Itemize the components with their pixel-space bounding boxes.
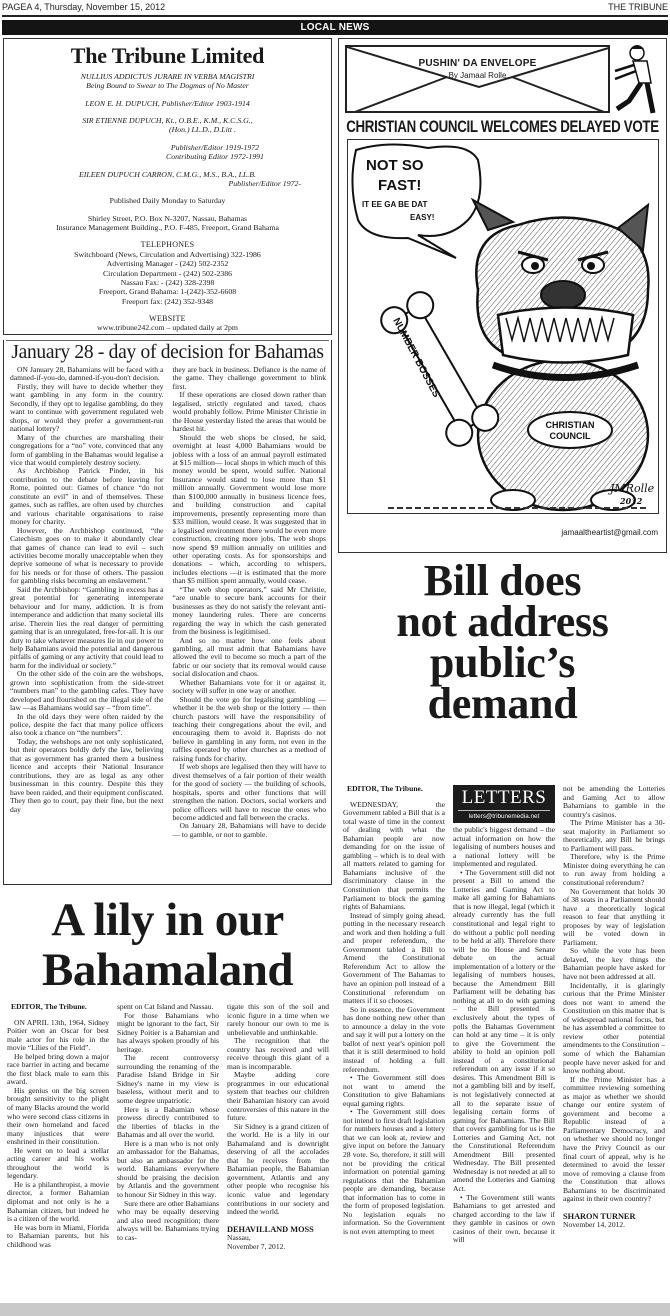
- address-nassau: Shirley Street, P.O. Box N-3207, Nassau,…: [4, 214, 331, 223]
- editorial-headline: January 28 - day of decision for Bahamas: [4, 341, 331, 365]
- page-bottom-bar: [0, 1303, 670, 1316]
- lily-letter-column-2: spent on Cat Island and Nassau. For thos…: [117, 1003, 219, 1251]
- paragraph: If the Prime Minister has a committee re…: [563, 1076, 665, 1204]
- headline-line: A lily in our: [0, 895, 335, 945]
- lily-letter-column-1: EDITOR, The Tribune. ON APRIL 13th, 1964…: [7, 1003, 109, 1251]
- paragraph: On January 28, Bahamians will have to de…: [173, 822, 327, 839]
- paragraph: The recent controversy surrounding the r…: [117, 1054, 219, 1105]
- envelope-icon: [347, 47, 610, 113]
- second-editor-degrees: (Hon.) LL.D., D.Litt .: [4, 125, 331, 134]
- editorial-column-2: they are back in business. Defiance is t…: [173, 366, 327, 839]
- phone-line: Freeport, Grand Bahama: 1-(242)-352-6608: [4, 287, 331, 296]
- website-link[interactable]: www.tribune242.com – updated daily at 2p…: [4, 323, 331, 332]
- letter-date: November 14, 2012.: [563, 1221, 665, 1230]
- paragraph: For those Bahamians who might be ignoran…: [117, 1012, 219, 1055]
- bill-letter-column-3: not be amending the Lotteries and Gaming…: [563, 785, 665, 1245]
- paragraph: Today, the webshops are not only sophist…: [10, 738, 164, 814]
- paragraph: Said the Archbishop: “Gambling in excess…: [10, 586, 164, 671]
- paragraph: Many of the churches are marshaling thei…: [10, 434, 164, 468]
- dog-label-line: COUNCIL: [550, 431, 591, 441]
- bill-letter-column-2: LETTERS letters@tribunemedia.net the pub…: [453, 785, 555, 1245]
- paragraph: tigate this son of the soil and iconic f…: [227, 1003, 329, 1037]
- speech-text-line: IT EE GA BE DAT: [362, 200, 427, 209]
- dog-label-line: CHRISTIAN: [546, 420, 595, 430]
- header-rule: [2, 15, 668, 17]
- folio-date: PAGEA 4, Thursday, November 15, 2012: [2, 2, 165, 14]
- paragraph: The recognition that the country has rec…: [227, 1037, 329, 1071]
- paragraph: So while the vote has been delayed, the …: [563, 947, 665, 981]
- letter-salutation: EDITOR, The Tribune.: [347, 785, 445, 794]
- paragraph: On the other side of the coin are the we…: [10, 670, 164, 712]
- publishing-schedule: Published Daily Monday to Saturday: [4, 196, 331, 205]
- paragraph: ON APRIL 13th, 1964, Sidney Poitier won …: [7, 1019, 109, 1053]
- paragraph: • The Government still does not want to …: [343, 1074, 445, 1108]
- paragraph: Here is a Bahamian whose prowess directl…: [117, 1106, 219, 1140]
- website-heading: WEBSITE: [4, 314, 331, 324]
- address-freeport: Insurance Management Building., P.O. F-4…: [4, 223, 331, 232]
- paragraph: not be amending the Lotteries and Gaming…: [563, 785, 665, 819]
- pushing-man-icon: [609, 43, 661, 115]
- paragraph: If web shops are legalised then they wil…: [173, 763, 327, 822]
- phone-line: Switchboard (News, Circulation and Adver…: [4, 250, 331, 259]
- paragraph: WEDNESDAY, the Government tabled a Bill …: [343, 801, 445, 912]
- paragraph: • The Government still does not intend t…: [343, 1108, 445, 1236]
- paragraph: He was born in Miami, Florida to Bahamia…: [7, 1224, 109, 1250]
- section-banner: LOCAL NEWS: [2, 20, 668, 35]
- envelope-banner: PUSHIN' DA ENVELOPE By Jamaal Rolle: [345, 45, 610, 113]
- speech-text-line: NOT SO: [366, 157, 424, 174]
- motto-translation: Being Bound to Swear to The Dogmas of No…: [4, 81, 331, 90]
- paragraph: Whether Bahamians vote for it or against…: [173, 679, 327, 696]
- telephones-heading: TELEPHONES: [4, 240, 331, 250]
- letter-salutation: EDITOR, The Tribune.: [11, 1003, 109, 1012]
- second-editor-role-1: Publisher/Editor 1919-1972: [4, 143, 331, 152]
- paragraph: Maybe adding core programmes in our educ…: [227, 1071, 329, 1122]
- paragraph: The Prime Minister has a 30-seat majorit…: [563, 819, 665, 853]
- paragraph: He helped bring down a major race barrie…: [7, 1053, 109, 1087]
- current-editor-role: Publisher/Editor 1972-: [4, 179, 331, 188]
- artist-signature: JMRolle: [608, 482, 655, 495]
- headline-line: Bahamaland: [0, 945, 335, 995]
- letter-date: November 7, 2012.: [227, 1243, 329, 1252]
- lily-letter-headline: A lily in our Bahamaland: [0, 895, 335, 995]
- headline-line: public’s: [335, 642, 670, 683]
- paragraph: Firstly, they will have to decide whethe…: [10, 383, 164, 434]
- lily-letter-body: EDITOR, The Tribune. ON APRIL 13th, 1964…: [7, 1003, 329, 1251]
- bill-letter-headline: Bill does not address public’s demand: [335, 560, 670, 724]
- paragraph: Sure there are other Bahamians who may b…: [117, 1200, 219, 1243]
- paragraph: And so no matter how one feels about gam…: [173, 637, 327, 679]
- paragraph: Incidentally, it is glaringly curious th…: [563, 982, 665, 1076]
- paper-name: THE TRIBUNE: [608, 2, 668, 14]
- phone-line: Nassau Fax: - (242) 328-2398: [4, 278, 331, 287]
- masthead-title: The Tribune Limited: [4, 44, 331, 67]
- paragraph: His genius on the big screen brought sen…: [7, 1087, 109, 1147]
- page-folio: PAGEA 4, Thursday, November 15, 2012 THE…: [2, 2, 668, 14]
- paragraph: No Government that holds 30 of 38 seats …: [563, 888, 665, 948]
- paragraph: Should the vote go for legalising gambli…: [173, 696, 327, 764]
- paragraph: However, the Archbishop continued, “the …: [10, 527, 164, 586]
- founder-line: LEON E. H. DUPUCH, Publisher/Editor 1903…: [4, 99, 331, 108]
- cartoon-box: PUSHIN' DA ENVELOPE By Jamaal Rolle CHRI…: [338, 38, 667, 553]
- phone-line: Advertising Manager - (242) 502-2352: [4, 259, 331, 268]
- speech-text-line: EASY!: [410, 213, 434, 222]
- paragraph: Sir Sidney is a grand citizen of the wor…: [227, 1123, 329, 1217]
- masthead-box: The Tribune Limited NULLIUS ADDICTUS JUR…: [3, 38, 332, 335]
- letters-email[interactable]: letters@tribunemedia.net: [456, 813, 552, 821]
- motto: NULLIUS ADDICTUS JURARE IN VERBA MAGISTR…: [4, 72, 331, 81]
- headline-line: demand: [335, 683, 670, 724]
- artist-email[interactable]: jamaaltheartist@gmail.com: [561, 528, 658, 537]
- headline-line: not address: [335, 601, 670, 642]
- bill-letter-body: EDITOR, The Tribune. WEDNESDAY, the Gove…: [343, 785, 665, 1245]
- signature-year: 2012: [619, 496, 643, 506]
- paragraph: Instead of simply going ahead, putting i…: [343, 912, 445, 1006]
- letters-logo-rule: [458, 810, 550, 811]
- paragraph: the public's biggest demand – the actual…: [453, 826, 555, 869]
- phone-line: Freeport fax: (242) 352-9348: [4, 297, 331, 306]
- bulldog-illustration-icon: NOT SO FAST! IT EE GA BE DAT EASY! NUMBE…: [348, 140, 659, 514]
- lily-letter-column-3: tigate this son of the soil and iconic f…: [227, 1003, 329, 1251]
- phone-line: Circulation Department - (242) 502-2386: [4, 269, 331, 278]
- bill-letter-column-1: EDITOR, The Tribune. WEDNESDAY, the Gove…: [343, 785, 445, 1245]
- editorial-column-1: ON January 28, Bahamians will be faced w…: [10, 366, 164, 839]
- letters-logo-text: LETTERS: [456, 788, 552, 808]
- second-editor-name: SIR ETIENNE DUPUCH, Kt., O.B.E., K.M., K…: [4, 116, 331, 125]
- paragraph: So in essence, the Government has done n…: [343, 1006, 445, 1074]
- current-editor-name: EILEEN DUPUCH CARRON, C.M.G., M.S., B.A.…: [4, 170, 331, 179]
- paragraph: ON January 28, Bahamians will be faced w…: [10, 366, 164, 383]
- second-editor-role-2: Contributing Editor 1972-1991: [4, 152, 331, 161]
- paragraph: He went on to lead a stellar acting care…: [7, 1147, 109, 1181]
- editorial-article: January 28 - day of decision for Bahamas…: [3, 340, 332, 885]
- paragraph: Here is a man who is not only an ambassa…: [117, 1140, 219, 1200]
- paragraph: He is a philanthropist, a movie director…: [7, 1181, 109, 1224]
- headline-line: Bill does: [335, 560, 670, 601]
- cartoon-headline: CHRISTIAN COUNCIL WELCOMES DELAYED VOTE: [339, 117, 666, 136]
- paragraph: If these operations are closed down rath…: [173, 391, 327, 433]
- paragraph: • The Government still wants Bahamians t…: [453, 1194, 555, 1245]
- paragraph: they are back in business. Defiance is t…: [173, 366, 327, 391]
- speech-text-line: FAST!: [378, 177, 421, 194]
- paragraph: Therefore, why is the Prime Minister doi…: [563, 853, 665, 887]
- cartoon-illustration: NOT SO FAST! IT EE GA BE DAT EASY! NUMBE…: [347, 139, 659, 514]
- paragraph: Should the web shops be closed, he said,…: [173, 434, 327, 586]
- cartoon-byline: By Jamaal Rolle: [347, 71, 608, 80]
- paragraph: As Archbishop Patrick Pinder, in his con…: [10, 467, 164, 526]
- editorial-body: ON January 28, Bahamians will be faced w…: [4, 365, 331, 839]
- paragraph: • The Government still did not present a…: [453, 869, 555, 1194]
- letters-logo: LETTERS letters@tribunemedia.net: [453, 785, 555, 823]
- cartoon-series-title: PUSHIN' DA ENVELOPE: [347, 58, 608, 69]
- paragraph: “The web shop operators,” said Mr Christ…: [173, 586, 327, 637]
- paragraph: In the old days they were often raided b…: [10, 713, 164, 738]
